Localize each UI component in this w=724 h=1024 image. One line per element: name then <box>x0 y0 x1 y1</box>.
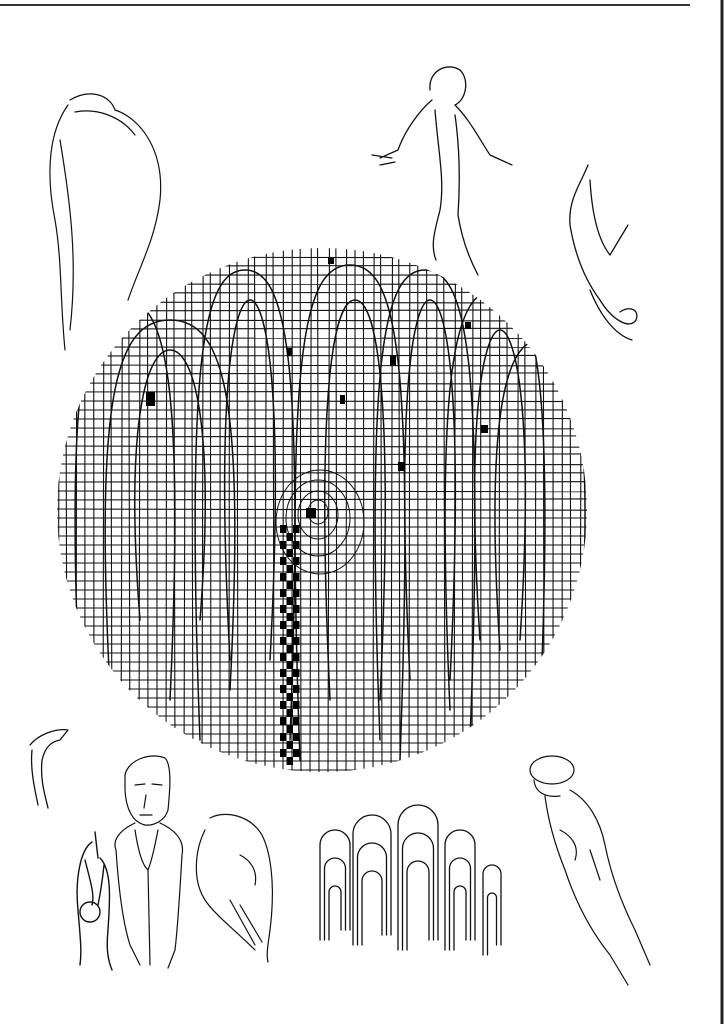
portrait-sketch <box>115 756 183 968</box>
contour-loops <box>320 805 501 955</box>
figure-sketch-top-center <box>372 67 512 275</box>
grid-circle <box>55 245 590 775</box>
figure-sketch-top-right <box>570 165 637 340</box>
arm-sketch-left <box>30 730 68 808</box>
spiral-contours <box>276 470 364 574</box>
head-sketch <box>196 814 272 962</box>
hair-sketch <box>77 832 112 970</box>
figure-sketch-top-left <box>50 94 161 350</box>
figure-sketch-bottom-right <box>530 756 650 985</box>
drawing-canvas <box>0 0 724 1024</box>
